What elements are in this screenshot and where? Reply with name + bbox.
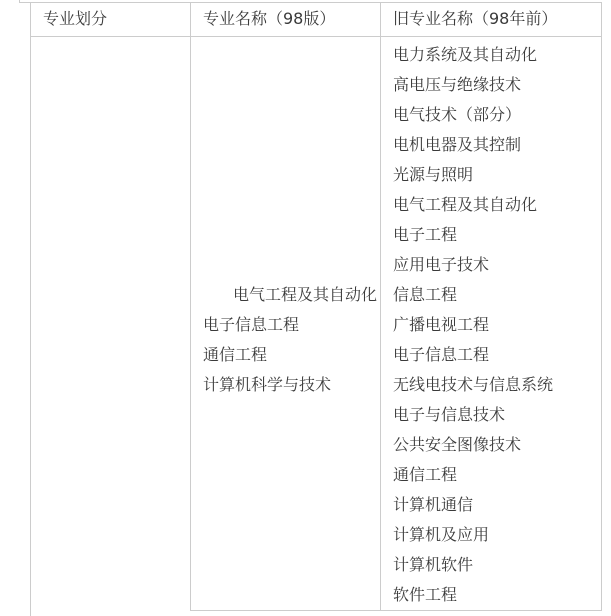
major-98-item: 通信工程 <box>203 340 375 370</box>
old-major-item: 广播电视工程 <box>393 310 596 340</box>
old-major-item: 电子工程 <box>393 220 596 250</box>
old-major-item: 信息工程 <box>393 280 596 310</box>
old-major-item: 电子信息工程 <box>393 340 596 370</box>
old-major-item: 计算机及应用 <box>393 520 596 550</box>
old-major-item: 计算机通信 <box>393 490 596 520</box>
old-major-item: 电气工程及其自动化 <box>393 190 596 220</box>
old-major-item: 公共安全图像技术 <box>393 430 596 460</box>
column-header-old-major-name: 旧专业名称（98年前） <box>393 9 557 29</box>
old-major-item: 应用电子技术 <box>393 250 596 280</box>
old-major-item: 计算机软件 <box>393 550 596 580</box>
old-major-item: 电机电器及其控制 <box>393 130 596 160</box>
old-major-item: 高电压与绝缘技术 <box>393 70 596 100</box>
column-divider-2 <box>380 2 381 610</box>
old-major-item: 光源与照明 <box>393 160 596 190</box>
old-major-item: 通信工程 <box>393 460 596 490</box>
column-header-major-name-98: 专业名称（98版） <box>203 9 335 29</box>
table-top-border <box>19 2 602 3</box>
old-majors-cell: 电力系统及其自动化高电压与绝缘技术电气技术（部分）电机电器及其控制光源与照明电气… <box>393 40 596 610</box>
old-major-item: 电子与信息技术 <box>393 400 596 430</box>
table-left-border <box>30 2 31 616</box>
old-major-item: 电气技术（部分） <box>393 100 596 130</box>
old-major-item: 电力系统及其自动化 <box>393 40 596 70</box>
table-right-border <box>601 2 602 610</box>
majors-98-cell: 电气工程及其自动化电子信息工程通信工程计算机科学与技术 <box>203 280 375 400</box>
old-major-item: 无线电技术与信息系统 <box>393 370 596 400</box>
column-header-division: 专业划分 <box>43 9 107 29</box>
major-98-item: 电气工程及其自动化 <box>203 280 375 310</box>
old-major-item: 软件工程 <box>393 580 596 610</box>
column-divider-1 <box>190 2 191 610</box>
row-bottom-border <box>190 610 602 611</box>
header-bottom-border <box>30 36 602 37</box>
major-98-item: 电子信息工程 <box>203 310 375 340</box>
majors-mapping-table: 专业划分 专业名称（98版） 旧专业名称（98年前） 电气工程及其自动化电子信息… <box>0 0 611 616</box>
major-98-item: 计算机科学与技术 <box>203 370 375 400</box>
